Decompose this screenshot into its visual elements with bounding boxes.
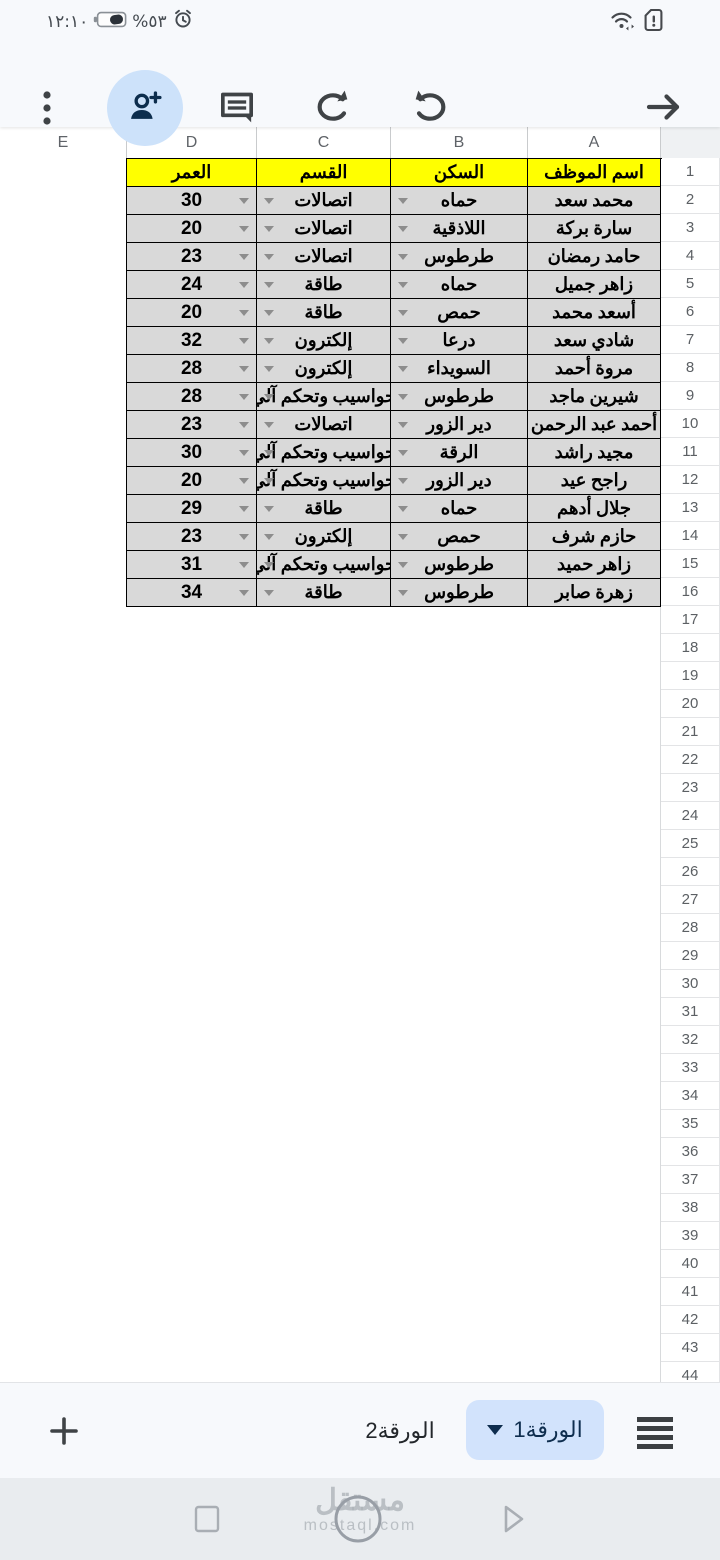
dropdown-arrow-icon[interactable] [264,198,274,204]
row-header-2[interactable]: 2 [661,186,719,214]
cell-value: أحمد عبد الرحمن [531,414,657,435]
cell-value: الرقة [440,442,479,463]
cell-value: 23 [181,246,202,268]
cell-value: 20 [181,218,202,240]
cell-age-row10[interactable]: 23 [127,411,257,439]
dropdown-arrow-icon[interactable] [398,282,408,288]
sheet-tabs-bar: الورقة2 الورقة1 [0,1382,720,1478]
active-sheet-label: الورقة1 [513,1417,582,1443]
cell-name-row9[interactable]: شيرين ماجد [528,383,661,411]
dropdown-arrow-icon[interactable] [264,422,274,428]
cell-value: درعا [443,330,476,351]
cell-age-row15[interactable]: 31 [127,551,257,579]
overflow-menu-button[interactable] [23,84,71,132]
cell-value: مجيد راشد [555,442,634,463]
cell-residence-row9[interactable]: طرطوس [391,383,528,411]
row-header-44[interactable]: 44 [661,1362,719,1382]
dropdown-arrow-icon[interactable] [264,562,274,568]
row-header-17[interactable]: 17 [661,606,719,634]
dropdown-arrow-icon[interactable] [398,254,408,260]
dropdown-arrow-icon[interactable] [264,366,274,372]
cell-department-row2[interactable]: اتصالات [257,187,391,215]
dropdown-arrow-icon[interactable] [239,338,249,344]
cell-value: اتصالات [294,414,352,435]
row-header-43[interactable]: 43 [661,1334,719,1362]
header-department[interactable]: القسم [257,159,391,187]
arrow-right-icon [642,86,684,131]
cell-value: طاقة [304,498,342,519]
row-header-31[interactable]: 31 [661,998,719,1026]
row-header-39[interactable]: 39 [661,1222,719,1250]
cell-age-row13[interactable]: 29 [127,495,257,523]
back-button[interactable] [472,1478,554,1560]
cell-department-row14[interactable]: إلكترون [257,523,391,551]
status-bar: ١٢:١٠ %٥٣ [0,0,720,40]
dropdown-arrow-icon[interactable] [398,506,408,512]
cell-department-row9[interactable]: حواسيب وتحكم آلي [257,383,391,411]
cell-value: حازم شرف [552,526,637,547]
row-header-42[interactable]: 42 [661,1306,719,1334]
cell-age-row11[interactable]: 30 [127,439,257,467]
row-header-21[interactable]: 21 [661,718,719,746]
dropdown-arrow-icon[interactable] [264,310,274,316]
row-header-12[interactable]: 12 [661,466,719,494]
cell-age-row9[interactable]: 28 [127,383,257,411]
cell-residence-row14[interactable]: حمص [391,523,528,551]
row-header-33[interactable]: 33 [661,1054,719,1082]
add-person-icon [126,88,164,129]
row-header-20[interactable]: 20 [661,690,719,718]
cell-residence-row10[interactable]: دير الزور [391,411,528,439]
dropdown-arrow-icon[interactable] [239,310,249,316]
row-header-22[interactable]: 22 [661,746,719,774]
row-header-5[interactable]: 5 [661,270,719,298]
cell-department-row16[interactable]: طاقة [257,579,391,607]
cell-value: 29 [181,498,202,520]
dropdown-arrow-icon[interactable] [398,338,408,344]
row-header-30[interactable]: 30 [661,970,719,998]
dropdown-arrow-icon[interactable] [239,450,249,456]
cell-value: طرطوس [424,386,494,407]
cell-value: طرطوس [424,554,494,575]
back-arrow-button[interactable] [639,84,687,132]
row-header-15[interactable]: 15 [661,550,719,578]
cell-value: 23 [181,414,202,436]
row-header-27[interactable]: 27 [661,886,719,914]
dropdown-arrow-icon[interactable] [264,534,274,540]
add-person-button[interactable] [107,70,183,146]
cell-residence-row6[interactable]: حمص [391,299,528,327]
recents-button[interactable] [166,1478,248,1560]
dropdown-arrow-icon[interactable] [264,478,274,484]
tab-sheet2[interactable]: الورقة2 [352,1383,448,1479]
cell-value: حواسيب وتحكم آلي [257,442,391,463]
row-header-3[interactable]: 3 [661,214,719,242]
chevron-down-icon [487,1425,503,1435]
cell-value: حواسيب وتحكم آلي [257,386,391,407]
cell-department-row11[interactable]: حواسيب وتحكم آلي [257,439,391,467]
dropdown-arrow-icon[interactable] [239,226,249,232]
dropdown-arrow-icon[interactable] [239,506,249,512]
row-header-35[interactable]: 35 [661,1110,719,1138]
cell-value: شادي سعد [554,330,634,351]
cell-value: حامد رمضان [548,246,641,267]
row-header-28[interactable]: 28 [661,914,719,942]
cell-value: 28 [181,358,202,380]
row-header-29[interactable]: 29 [661,942,719,970]
cell-value: سارة بركة [556,218,632,239]
cell-value: حماه [441,190,477,211]
cell-value: 30 [181,442,202,464]
dropdown-arrow-icon[interactable] [264,394,274,400]
dropdown-arrow-icon[interactable] [264,254,274,260]
row-header-26[interactable]: 26 [661,858,719,886]
dropdown-arrow-icon[interactable] [264,450,274,456]
cell-name-row4[interactable]: حامد رمضان [528,243,661,271]
cell-name-row3[interactable]: سارة بركة [528,215,661,243]
sim-alert-icon [643,8,664,37]
cell-age-row4[interactable]: 23 [127,243,257,271]
row-header-9[interactable]: 9 [661,382,719,410]
cell-value: 20 [181,302,202,324]
cell-value: إلكترون [295,330,353,351]
cell-value: 32 [181,330,202,352]
cell-value: إلكترون [295,358,353,379]
cell-value: 24 [181,274,202,296]
cell-value: 31 [181,554,202,576]
cell-residence-row7[interactable]: درعا [391,327,528,355]
dropdown-arrow-icon[interactable] [398,478,408,484]
dropdown-arrow-icon[interactable] [264,506,274,512]
row-header-16[interactable]: 16 [661,578,719,606]
row-header-11[interactable]: 11 [661,438,719,466]
column-header-row: EDCBA [0,127,720,158]
comment-icon [217,87,257,130]
row-header-41[interactable]: 41 [661,1278,719,1306]
cell-department-row15[interactable]: حواسيب وتحكم آلي [257,551,391,579]
row-header-13[interactable]: 13 [661,494,719,522]
redo-button[interactable] [309,84,357,132]
cell-name-row6[interactable]: أسعد محمد [528,299,661,327]
dropdown-arrow-icon[interactable] [239,254,249,260]
row-header-32[interactable]: 32 [661,1026,719,1054]
cell-department-row3[interactable]: اتصالات [257,215,391,243]
cell-value: حمص [437,302,481,323]
cell-age-row7[interactable]: 32 [127,327,257,355]
cell-value: طرطوس [424,246,494,267]
wifi-icon [609,8,636,37]
cell-department-row8[interactable]: إلكترون [257,355,391,383]
dropdown-arrow-icon[interactable] [239,282,249,288]
cell-name-row12[interactable]: راجح عيد [528,467,661,495]
dropdown-arrow-icon[interactable] [398,198,408,204]
cell-residence-row12[interactable]: دير الزور [391,467,528,495]
cell-value: جلال أدهم [557,498,631,519]
cell-value: دير الزور [426,470,491,491]
cell-value: حماه [441,274,477,295]
app-toolbar [0,40,720,127]
cell-value: طاقة [304,274,342,295]
home-button[interactable] [317,1478,399,1560]
alarm-icon [172,8,194,35]
tab-sheet1-active[interactable]: الورقة1 [466,1400,604,1460]
cell-value: 20 [181,470,202,492]
dropdown-arrow-icon[interactable] [239,562,249,568]
cell-value: محمد سعد [555,190,634,211]
header-age[interactable]: العمر [127,159,257,187]
cell-name-row10[interactable]: أحمد عبد الرحمن [528,411,661,439]
cell-age-row16[interactable]: 34 [127,579,257,607]
cell-residence-row5[interactable]: حماه [391,271,528,299]
row-header-18[interactable]: 18 [661,634,719,662]
dropdown-arrow-icon[interactable] [398,562,408,568]
cell-department-row7[interactable]: إلكترون [257,327,391,355]
cell-value: اتصالات [294,246,352,267]
cell-department-row13[interactable]: طاقة [257,495,391,523]
cell-residence-row16[interactable]: طرطوس [391,579,528,607]
dropdown-arrow-icon[interactable] [239,478,249,484]
cell-department-row5[interactable]: طاقة [257,271,391,299]
row-header-14[interactable]: 14 [661,522,719,550]
cell-residence-row3[interactable]: اللاذقية [391,215,528,243]
cell-value: حواسيب وتحكم آلي [257,554,391,575]
status-left-cluster: ١٢:١٠ %٥٣ [46,8,194,35]
cell-value: زاهر جميل [555,274,633,295]
cell-department-row6[interactable]: طاقة [257,299,391,327]
row-header-8[interactable]: 8 [661,354,719,382]
dropdown-arrow-icon[interactable] [398,226,408,232]
cell-residence-row15[interactable]: طرطوس [391,551,528,579]
row-header-10[interactable]: 10 [661,410,719,438]
row-header-19[interactable]: 19 [661,662,719,690]
cell-department-row12[interactable]: حواسيب وتحكم آلي [257,467,391,495]
cell-value: أسعد محمد [552,302,636,323]
cell-value: اتصالات [294,190,352,211]
cell-value: 30 [181,190,202,212]
cell-residence-row11[interactable]: الرقة [391,439,528,467]
dropdown-arrow-icon[interactable] [398,366,408,372]
row-header-24[interactable]: 24 [661,802,719,830]
cell-value: حمص [437,526,481,547]
dropdown-arrow-icon[interactable] [239,366,249,372]
row-header-40[interactable]: 40 [661,1250,719,1278]
cell-value: إلكترون [295,526,353,547]
cell-value: دير الزور [426,414,491,435]
battery-percent: %٥٣ [132,12,166,32]
header-name[interactable]: اسم الموظف [528,159,661,187]
cell-residence-row2[interactable]: حماه [391,187,528,215]
cell-age-row5[interactable]: 24 [127,271,257,299]
dropdown-arrow-icon[interactable] [264,338,274,344]
dropdown-arrow-icon[interactable] [398,422,408,428]
cell-name-row13[interactable]: جلال أدهم [528,495,661,523]
cell-age-row14[interactable]: 23 [127,523,257,551]
dropdown-arrow-icon[interactable] [239,198,249,204]
cell-age-row8[interactable]: 28 [127,355,257,383]
cell-residence-row4[interactable]: طرطوس [391,243,528,271]
dropdown-arrow-icon[interactable] [398,450,408,456]
dropdown-arrow-icon[interactable] [398,310,408,316]
cell-department-row4[interactable]: اتصالات [257,243,391,271]
android-nav-bar: مستقل mostaql.com [0,1478,720,1560]
cell-age-row12[interactable]: 20 [127,467,257,495]
cell-value: شيرين ماجد [549,386,638,407]
spreadsheet-grid: EDCBA 1234567891011121314151617181920212… [0,127,720,1382]
row-header-34[interactable]: 34 [661,1082,719,1110]
dropdown-arrow-icon[interactable] [264,226,274,232]
cell-value: اللاذقية [433,218,486,239]
undo-button[interactable] [406,84,454,132]
cell-value: 28 [181,386,202,408]
row-header-4[interactable]: 4 [661,242,719,270]
undo-icon [410,87,450,130]
cell-value: طاقة [304,582,342,603]
dropdown-arrow-icon[interactable] [264,590,274,596]
row-header-36[interactable]: 36 [661,1138,719,1166]
row-header-37[interactable]: 37 [661,1166,719,1194]
cell-name-row15[interactable]: زاهر حميد [528,551,661,579]
cell-name-row7[interactable]: شادي سعد [528,327,661,355]
cell-value: طرطوس [424,582,494,603]
battery-icon [93,10,127,34]
cell-age-row2[interactable]: 30 [127,187,257,215]
cell-name-row11[interactable]: مجيد راشد [528,439,661,467]
clock-time: ١٢:١٠ [46,12,88,32]
status-right-cluster [609,8,664,37]
cell-name-row16[interactable]: زهرة صابر [528,579,661,607]
cell-department-row10[interactable]: اتصالات [257,411,391,439]
cell-value: حماه [441,498,477,519]
dropdown-arrow-icon[interactable] [239,534,249,540]
dropdown-arrow-icon[interactable] [239,422,249,428]
cell-residence-row13[interactable]: حماه [391,495,528,523]
cell-age-row6[interactable]: 20 [127,299,257,327]
row-header-38[interactable]: 38 [661,1194,719,1222]
dropdown-arrow-icon[interactable] [398,394,408,400]
row-number-column: 1234567891011121314151617181920212223242… [660,158,720,1382]
cell-value: 34 [181,582,202,604]
row-header-6[interactable]: 6 [661,298,719,326]
cell-value: السويداء [427,358,491,379]
dropdown-arrow-icon[interactable] [398,590,408,596]
cell-value: اتصالات [294,218,352,239]
header-residence[interactable]: السكن [391,159,528,187]
cell-name-row8[interactable]: مروة أحمد [528,355,661,383]
cell-value: زهرة صابر [555,582,633,603]
cell-name-row5[interactable]: زاهر جميل [528,271,661,299]
redo-icon [313,87,353,130]
cell-value: حواسيب وتحكم آلي [257,470,391,491]
cell-value: مروة أحمد [555,358,633,379]
cell-age-row3[interactable]: 20 [127,215,257,243]
row-header-23[interactable]: 23 [661,774,719,802]
add-sheet-button[interactable] [40,1407,88,1455]
dropdown-arrow-icon[interactable] [239,590,249,596]
dropdown-arrow-icon[interactable] [398,534,408,540]
row-header-1[interactable]: 1 [661,158,719,186]
row-header-25[interactable]: 25 [661,830,719,858]
cell-name-row14[interactable]: حازم شرف [528,523,661,551]
cell-name-row2[interactable]: محمد سعد [528,187,661,215]
cell-value: طاقة [304,302,342,323]
cell-value: زاهر حميد [557,554,631,575]
cell-value: راجح عيد [561,470,628,491]
dropdown-arrow-icon[interactable] [239,394,249,400]
data-table: العمرالقسمالسكناسم الموظف30اتصالاتحماهمح… [126,158,662,607]
cell-value: 23 [181,526,202,548]
sheet-list-button[interactable] [631,1407,679,1455]
add-comment-button[interactable] [213,84,261,132]
top-bar: ١٢:١٠ %٥٣ [0,0,720,127]
dropdown-arrow-icon[interactable] [264,282,274,288]
row-header-7[interactable]: 7 [661,326,719,354]
cell-residence-row8[interactable]: السويداء [391,355,528,383]
